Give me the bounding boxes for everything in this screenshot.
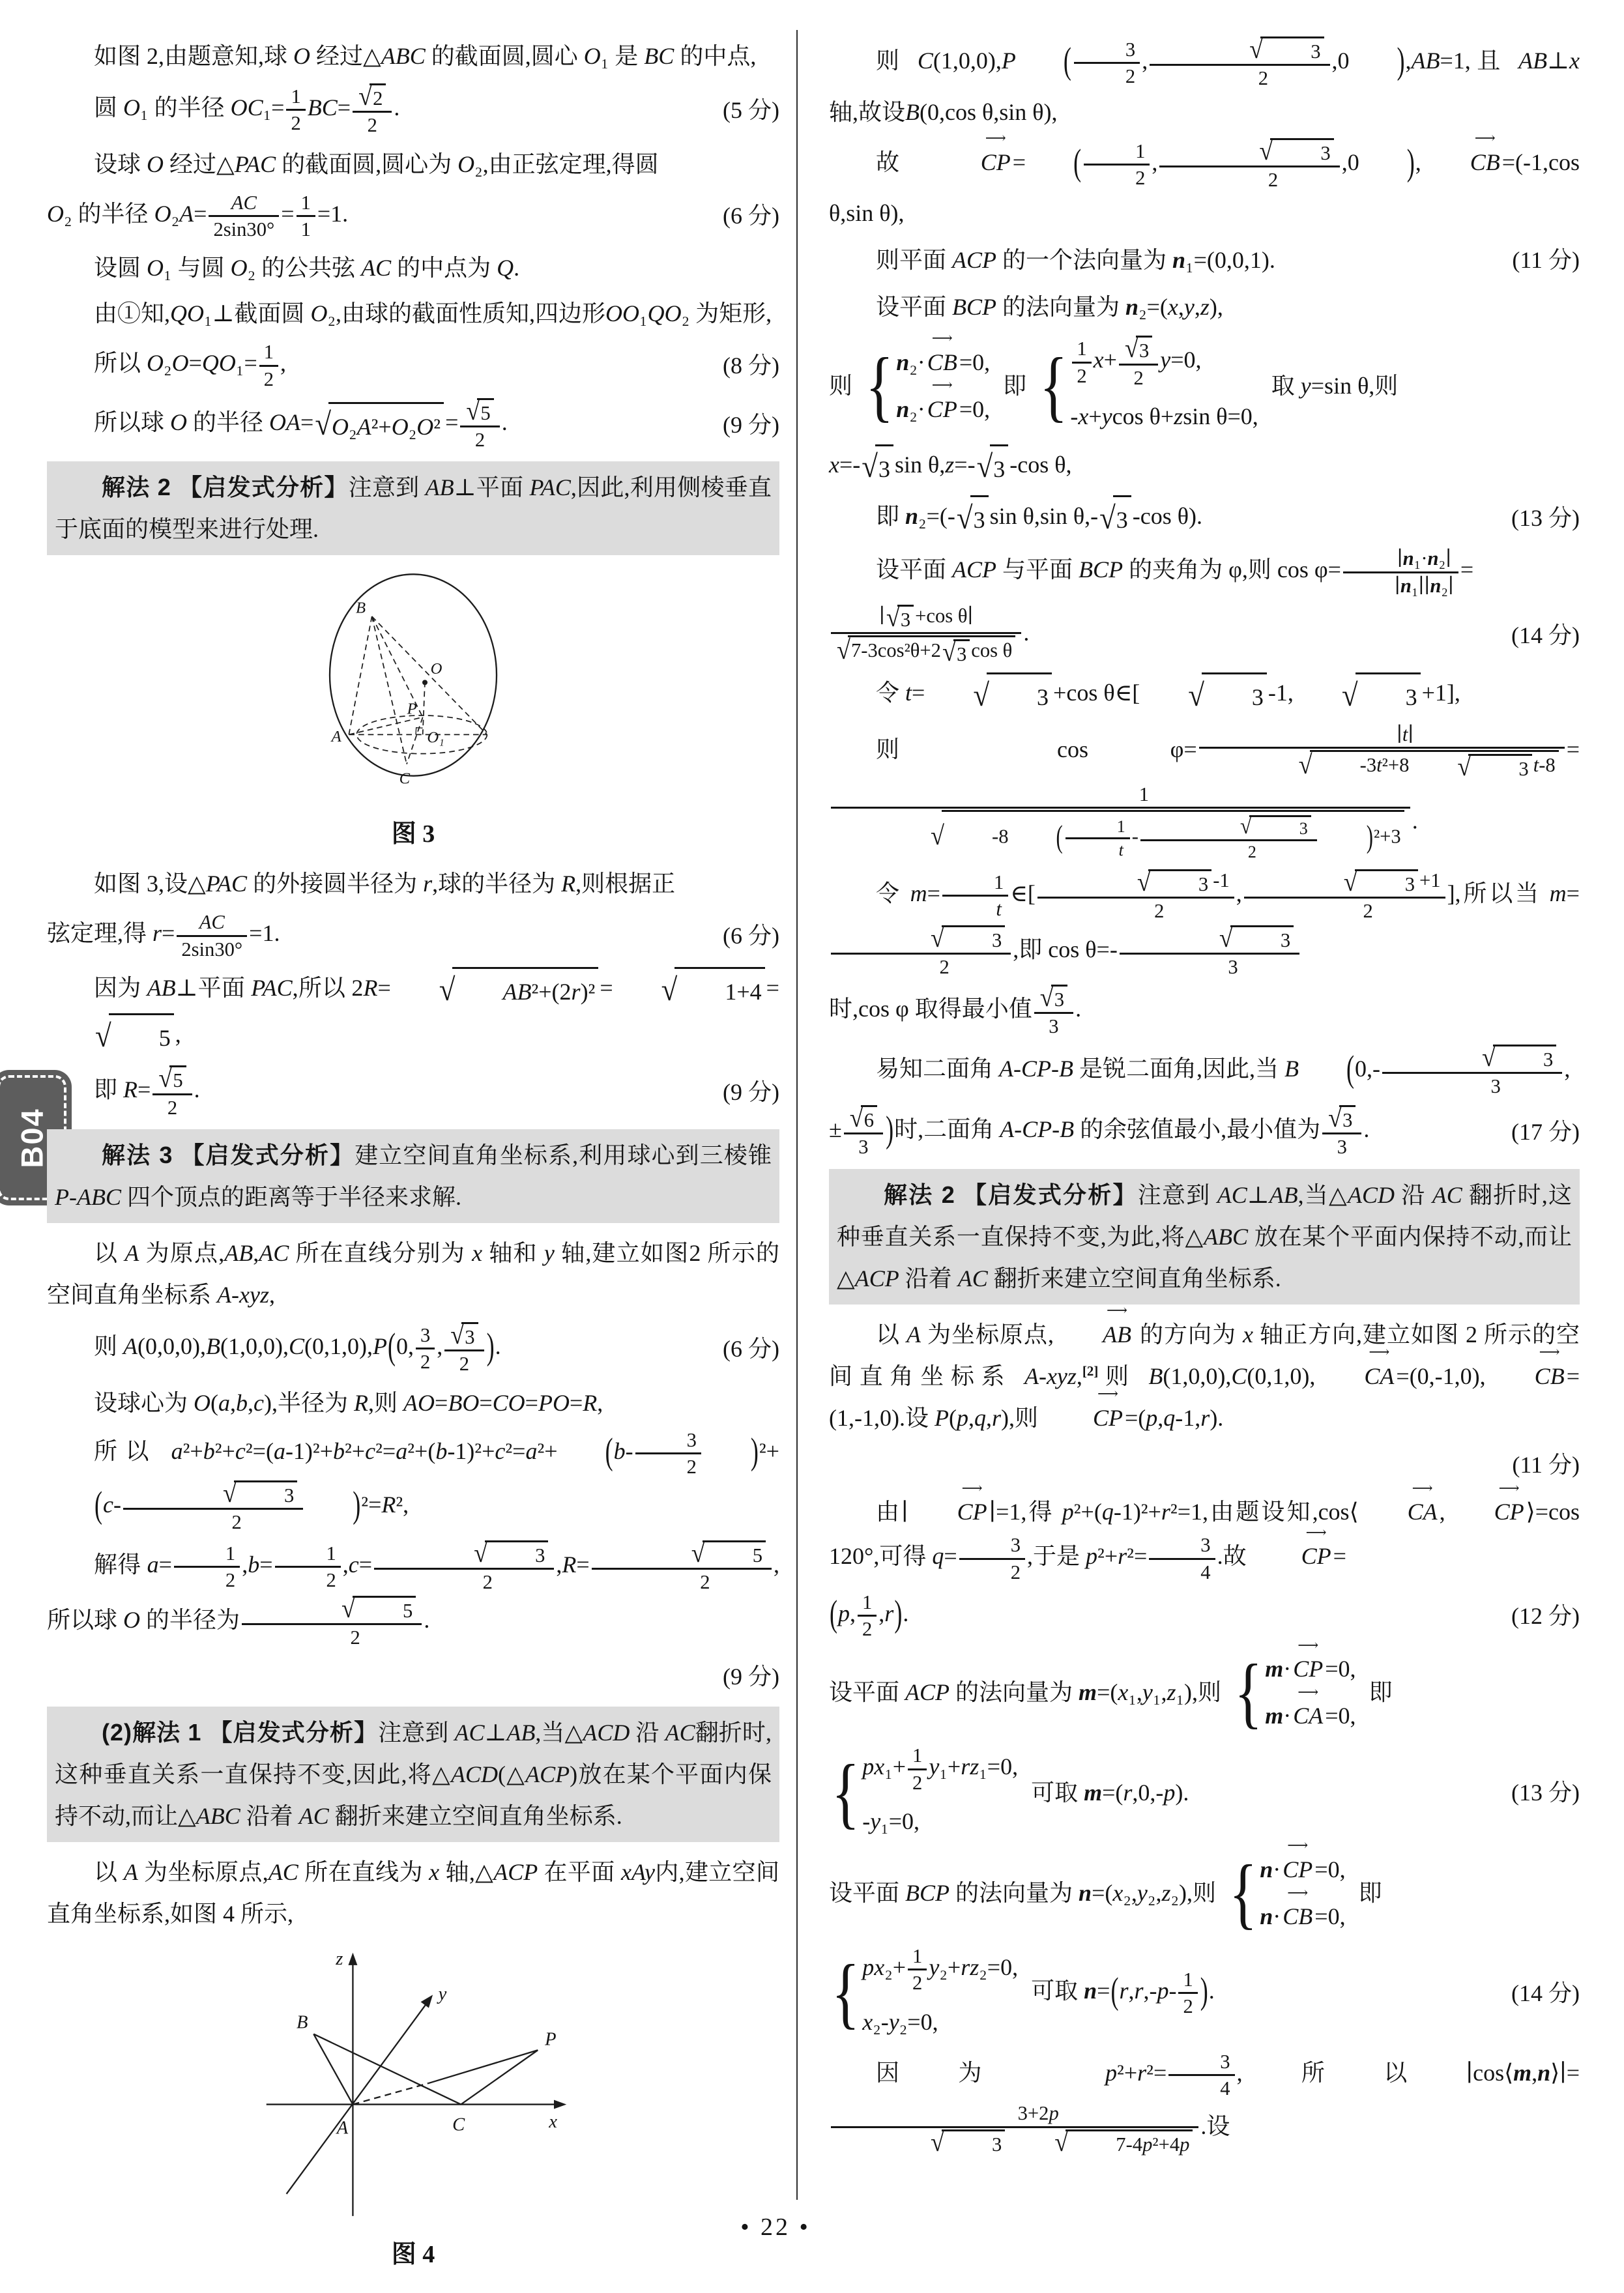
brace: { bbox=[1234, 1657, 1262, 1728]
paragraph: 时,cos φ 取得最小值√33. bbox=[829, 983, 1580, 1039]
paragraph: 设平面 BCP 的法向量为 n₂=(x,y,z), bbox=[829, 286, 1580, 328]
paragraph: 则 C(1,0,0),P(32,√32,0),AB=1,且 AB⊥x 轴,故设B… bbox=[829, 35, 1580, 133]
formula-line: O₂ 的半径 O₂A=AC2sin30°=11=1.(6 分) bbox=[47, 190, 779, 242]
solution-3-box: 解法 3 【启发式分析】建立空间直角坐标系,利用球心到三棱锥 P-ABC 四个顶… bbox=[47, 1129, 779, 1223]
axis-label-z: z bbox=[335, 1949, 343, 1969]
score-badge: (13 分) bbox=[1511, 1772, 1580, 1813]
formula-line: 弦定理,得 r=AC2sin30°=1.(6 分) bbox=[47, 910, 779, 962]
figure-3-caption: 图 3 bbox=[47, 813, 779, 857]
score-badge: (6 分) bbox=[715, 915, 779, 957]
formula-line: (p,12,r).(12 分) bbox=[829, 1590, 1580, 1642]
brace: { bbox=[832, 1757, 860, 1828]
formula: (p,12,r). bbox=[829, 1590, 908, 1642]
equation: px₂+12y₂+rz₂=0, bbox=[862, 1944, 1018, 1996]
formula-line: 即 R=√52.(9 分) bbox=[47, 1064, 779, 1120]
part2-solution-1-box: (2)解法 1 【启发式分析】注意到 AC⊥AB,当△ACD 沿 AC翻折时,这… bbox=[47, 1707, 779, 1842]
formula: 所以 O₂O=QO₁=12, bbox=[47, 339, 286, 392]
equation: -y₁=0, bbox=[862, 1800, 1018, 1842]
score-badge: (9 分) bbox=[715, 1656, 779, 1697]
formula-line: 则平面 ACP 的一个法向量为 n₁=(0,0,1).(11 分) bbox=[829, 239, 1580, 281]
paragraph: 令 m=1t∈[√3-12,√3+12],所以当 m=√32,即 cos θ=-… bbox=[829, 868, 1580, 979]
paragraph: 由∣⟶CP∣=1,得 p²+(q-1)²+r²=1,由题设知,cos⟨⟶CA,⟶… bbox=[829, 1491, 1580, 1585]
figure-3: B O P O₁ A C 图 3 bbox=[47, 564, 779, 856]
paragraph: 由①知,QO₁⊥截面圆 O₂,由球的截面性质知,四边形OO₁QO₂ 为矩形, bbox=[47, 293, 779, 334]
paragraph: 设平面 ACP 与平面 BCP 的夹角为 φ,则 cos φ=∣n₁·n₂∣∣n… bbox=[829, 546, 1580, 598]
paragraph: 令 t=√3+cos θ∈[√3-1,√3+1], bbox=[829, 672, 1580, 718]
equation-system: {12x+√32y=0,-x+ycos θ+zsin θ=0, bbox=[1039, 334, 1258, 437]
score-badge: (6 分) bbox=[715, 195, 779, 237]
formula: 所以球 O 的半径 OA=√O₂A²+O₂O²=√52. bbox=[47, 397, 508, 453]
formula-line: 所以 O₂O=QO₁=12,(8 分) bbox=[47, 339, 779, 392]
formula: ∣√3+cos θ∣√7-3cos²θ+2√3cos θ. bbox=[829, 603, 1029, 667]
column-divider bbox=[796, 30, 798, 2200]
score-badge: (13 分) bbox=[1503, 497, 1580, 539]
equation-system: {px₁+12y₁+rz₁=0,-y₁=0, bbox=[832, 1743, 1018, 1842]
score-badge: (9 分) bbox=[715, 404, 779, 446]
formula: 即 n₂=(-√3sin θ,sin θ,-√3-cos θ). bbox=[829, 495, 1202, 541]
point-label-A: A bbox=[330, 728, 342, 745]
page-number: • 22 • bbox=[0, 2213, 1551, 2242]
paragraph: 所以 a²+b²+c²=(a-1)²+b²+c²=a²+(b-1)²+c²=a²… bbox=[47, 1428, 779, 1535]
point-label-O: O bbox=[431, 660, 442, 678]
part2-solution-2-box: 解法 2 【启发式分析】注意到 AC⊥AB,当△ACD 沿 AC 翻折时,这种垂… bbox=[829, 1169, 1580, 1305]
system-prefix: 设平面 BCP 的法向量为 n=(x₂,y₂,z₂),则 bbox=[829, 1872, 1216, 1914]
equation: m·⟶CA=0, bbox=[1265, 1695, 1356, 1737]
equation-system: {px₂+12y₂+rz₂=0,x₂-y₂=0, bbox=[832, 1944, 1018, 2043]
brace: { bbox=[1229, 1857, 1257, 1928]
point-label-B: B bbox=[356, 599, 366, 617]
score-badge: (14 分) bbox=[1511, 1972, 1580, 2014]
system-mid: 即 bbox=[1003, 365, 1026, 407]
coordinate-diagram: z y x B P A C bbox=[237, 1939, 589, 2220]
paragraph: 则 cos φ=∣t∣√-3t²+8√3t-8=1√-8(1t-√32)²+3. bbox=[829, 722, 1580, 864]
point-label-C: C bbox=[452, 2115, 465, 2135]
section-tab-label: B04 bbox=[14, 1108, 50, 1168]
equation-system: {n₂·⟶CB=0,n₂·⟶CP=0, bbox=[865, 341, 990, 430]
system-prefix: 设平面 ACP 的法向量为 m=(x₁,y₁,z₁),则 bbox=[829, 1671, 1221, 1713]
equation-system-row: 则 {n₂·⟶CB=0,n₂·⟶CP=0, 即 {12x+√32y=0,-x+y… bbox=[829, 334, 1580, 437]
axis-label-y: y bbox=[437, 1984, 447, 2004]
paragraph: x=-√3sin θ,z=-√3-cos θ, bbox=[829, 444, 1580, 490]
equation: n₂·⟶CP=0, bbox=[896, 388, 990, 430]
score-badge: (17 分) bbox=[1503, 1111, 1580, 1153]
formula: 则 A(0,0,0),B(1,0,0),C(0,1,0),P(0,32,√32)… bbox=[47, 1321, 501, 1377]
formula-line: ∣√3+cos θ∣√7-3cos²θ+2√3cos θ.(14 分) bbox=[829, 603, 1580, 667]
paragraph: 解得 a=12,b=12,c=√32,R=√52,所以球 O 的半径为√52. bbox=[47, 1539, 779, 1651]
score-line: (9 分) bbox=[47, 1656, 779, 1697]
brace: { bbox=[865, 350, 893, 421]
equation: -x+ycos θ+zsin θ=0, bbox=[1070, 396, 1258, 437]
paragraph: 易知二面角 A-CP-B 是锐二面角,因此,当 B(0,-√33, bbox=[829, 1043, 1580, 1099]
formula: 弦定理,得 r=AC2sin30°=1. bbox=[47, 910, 280, 962]
score-badge: (14 分) bbox=[1503, 614, 1580, 656]
sphere-diagram: B O P O₁ A C bbox=[283, 564, 544, 799]
formula: 圆 O₁ 的半径 OC₁=12BC=√22. bbox=[47, 82, 399, 138]
paragraph: 以 A 为坐标原点,⟶AB 的方向为 x 轴正方向,建立如图 2 所示的空间直角… bbox=[829, 1314, 1580, 1439]
formula: 即 R=√52. bbox=[47, 1064, 200, 1120]
textbook-page: B04 如图 2,由题意知,球 O 经过△ABC 的截面圆,圆心 O₁ 是 BC… bbox=[0, 0, 1624, 2293]
system-suffix: 即 bbox=[1359, 1872, 1382, 1914]
point-label-A: A bbox=[336, 2118, 349, 2138]
formula-line: 则 A(0,0,0),B(1,0,0),C(0,1,0),P(0,32,√32)… bbox=[47, 1321, 779, 1377]
point-label-P: P bbox=[407, 700, 417, 718]
right-column: 则 C(1,0,0),P(32,√32,0),AB=1,且 AB⊥x 轴,故设B… bbox=[829, 35, 1580, 2161]
paragraph: 因为 AB⊥平面 PAC,所以 2R=√AB²+(2r)²=√1+4=√5, bbox=[47, 967, 779, 1060]
part2-solution-1-text: (2)解法 1 【启发式分析】注意到 AC⊥AB,当△ACD 沿 AC翻折时,这… bbox=[55, 1712, 772, 1837]
paragraph: 设球心为 O(a,b,c),半径为 R,则 AO=BO=CO=PO=R, bbox=[47, 1382, 779, 1424]
axis-label-x: x bbox=[548, 2112, 557, 2132]
formula-line: ±√63)时,二面角 A-CP-B 的余弦值最小,最小值为√33.(17 分) bbox=[829, 1104, 1580, 1160]
equation: 12x+√32y=0, bbox=[1070, 334, 1258, 390]
equation: px₁+12y₁+rz₁=0, bbox=[862, 1743, 1018, 1795]
paragraph: 故 ⟶CP=(12,√32,0),⟶CB=(-1,cos θ,sin θ), bbox=[829, 137, 1580, 235]
score-badge: (9 分) bbox=[715, 1071, 779, 1113]
paragraph: 设球 O 经过△PAC 的截面圆,圆心为 O₂,由正弦定理,得圆 bbox=[47, 143, 779, 185]
system-suffix: 即 bbox=[1369, 1671, 1393, 1713]
paragraph: 设圆 O₁ 与圆 O₂ 的公共弦 AC 的中点为 Q. bbox=[47, 247, 779, 289]
equation-system-row: 设平面 BCP 的法向量为 n=(x₂,y₂,z₂),则 {n·⟶CP=0,n·… bbox=[829, 1849, 1580, 1937]
system-suffix: 取 y=sin θ,则 bbox=[1271, 365, 1399, 407]
point-label-O1: O₁ bbox=[427, 729, 444, 747]
brace: { bbox=[832, 1957, 860, 2028]
left-column: 如图 2,由题意知,球 O 经过△ABC 的截面圆,圆心 O₁ 是 BC 的中点… bbox=[47, 35, 779, 2284]
point-label-C: C bbox=[399, 770, 411, 788]
equation: n·⟶CB=0, bbox=[1260, 1896, 1345, 1937]
equation-system-row: 设平面 ACP 的法向量为 m=(x₁,y₁,z₁),则 {m·⟶CP=0,m·… bbox=[829, 1648, 1580, 1737]
system-prefix: 则 bbox=[829, 365, 852, 407]
paragraph: 因为 p²+r²=34,所以∣cos⟨m,n⟩∣=3+2p√3√7-4p²+4p… bbox=[829, 2049, 1580, 2157]
solution-2-text: 解法 2 【启发式分析】注意到 AB⊥平面 PAC,因此,利用侧棱垂直于底面的模… bbox=[55, 467, 772, 550]
paragraph: 如图 2,由题意知,球 O 经过△ABC 的截面圆,圆心 O₁ 是 BC 的中点… bbox=[47, 35, 779, 77]
point-label-P: P bbox=[544, 2030, 556, 2050]
equation: x₂-y₂=0, bbox=[862, 2001, 1018, 2043]
paragraph: 以 A 为坐标原点,AC 所在直线为 x 轴,△ACP 在平面 xAy内,建立空… bbox=[47, 1851, 779, 1935]
equation-system: {n·⟶CP=0,n·⟶CB=0, bbox=[1229, 1849, 1346, 1937]
score-badge: (12 分) bbox=[1503, 1595, 1580, 1637]
formula: ±√63)时,二面角 A-CP-B 的余弦值最小,最小值为√33. bbox=[829, 1104, 1369, 1160]
brace: { bbox=[1039, 350, 1067, 421]
score-badge: (5 分) bbox=[715, 89, 779, 131]
system-suffix: 可取 n=(r,r,-p-12). bbox=[1031, 1967, 1215, 2019]
part2-solution-2-text: 解法 2 【启发式分析】注意到 AC⊥AB,当△ACD 沿 AC 翻折时,这种垂… bbox=[837, 1174, 1572, 1299]
score-line: (11 分) bbox=[829, 1444, 1580, 1486]
formula-line: 即 n₂=(-√3sin θ,sin θ,-√3-cos θ).(13 分) bbox=[829, 495, 1580, 541]
paragraph: 如图 3,设△PAC 的外接圆半径为 r,球的半径为 R,则根据正 bbox=[47, 863, 779, 904]
paragraph: 以 A 为原点,AB,AC 所在直线分别为 x 轴和 y 轴,建立如图2 所示的… bbox=[47, 1232, 779, 1316]
formula: O₂ 的半径 O₂A=AC2sin30°=11=1. bbox=[47, 190, 348, 242]
system-suffix: 可取 m=(r,0,-p). bbox=[1031, 1772, 1189, 1813]
point-label-B: B bbox=[297, 2012, 308, 2032]
equation-system-row: {px₂+12y₂+rz₂=0,x₂-y₂=0, 可取 n=(r,r,-p-12… bbox=[829, 1944, 1580, 2043]
formula-line: 圆 O₁ 的半径 OC₁=12BC=√22.(5 分) bbox=[47, 82, 779, 138]
score-badge: (8 分) bbox=[715, 345, 779, 386]
solution-2-box: 解法 2 【启发式分析】注意到 AB⊥平面 PAC,因此,利用侧棱垂直于底面的模… bbox=[47, 461, 779, 555]
solution-3-text: 解法 3 【启发式分析】建立空间直角坐标系,利用球心到三棱锥 P-ABC 四个顶… bbox=[55, 1134, 772, 1218]
formula-line: 所以球 O 的半径 OA=√O₂A²+O₂O²=√52.(9 分) bbox=[47, 397, 779, 453]
formula: 则平面 ACP 的一个法向量为 n₁=(0,0,1). bbox=[829, 239, 1275, 281]
equation-system-row: {px₁+12y₁+rz₁=0,-y₁=0, 可取 m=(r,0,-p). (1… bbox=[829, 1743, 1580, 1842]
score-badge: (11 分) bbox=[1504, 239, 1580, 281]
score-badge: (6 分) bbox=[715, 1328, 779, 1370]
equation-system: {m·⟶CP=0,m·⟶CA=0, bbox=[1234, 1648, 1356, 1737]
